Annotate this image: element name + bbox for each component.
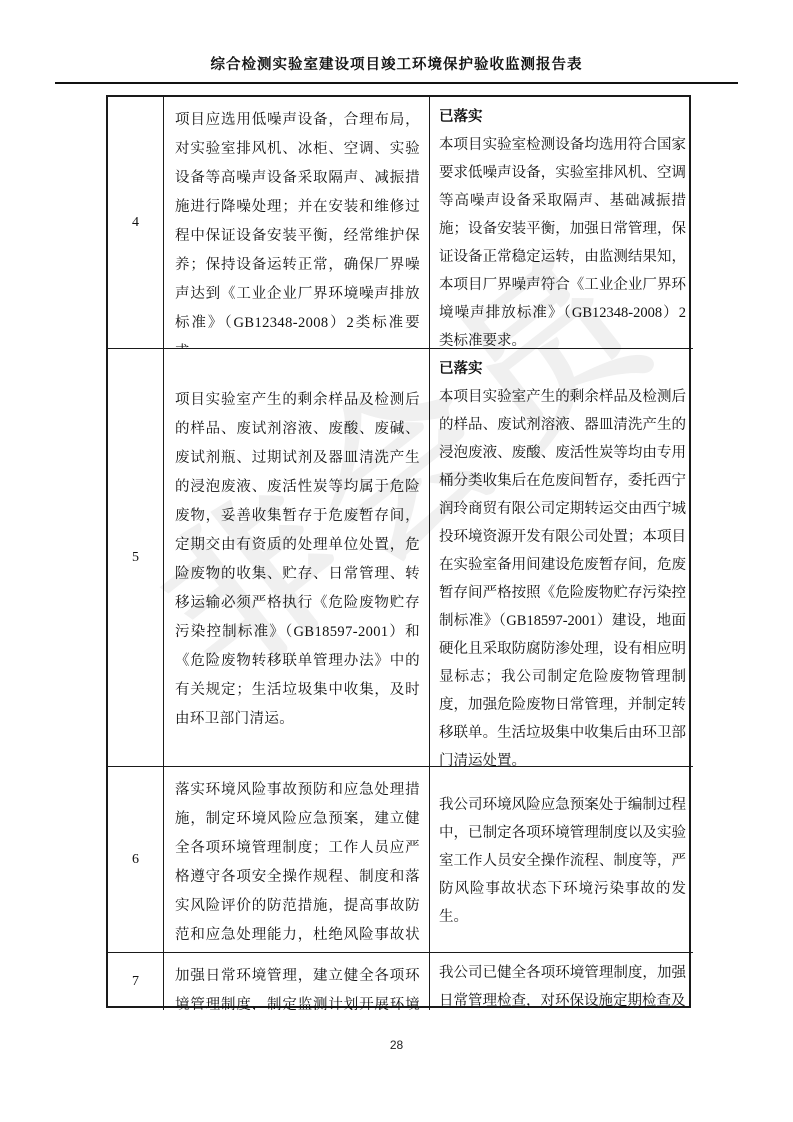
implementation-cell: 已落实 本项目实验室产生的剩余样品及检测后的样品、废试剂溶液、器皿清洗产生的浸泡… bbox=[430, 349, 693, 767]
row-number: 5 bbox=[108, 349, 164, 767]
requirement-cell: 落实环境风险事故预防和应急处理措施，制定环境风险应急预案，建立健全各项环境管理制… bbox=[164, 767, 430, 953]
row-number: 7 bbox=[108, 953, 164, 1010]
acceptance-measures-table: 4 项目应选用低噪声设备，合理布局，对实验室排风机、冰柜、空调、实验设备等高噪声… bbox=[106, 95, 691, 1008]
requirement-text: 项目应选用低噪声设备，合理布局，对实验室排风机、冰柜、空调、实验设备等高噪声设备… bbox=[175, 112, 420, 349]
row-number: 6 bbox=[108, 767, 164, 953]
page-number: 28 bbox=[0, 1038, 793, 1052]
requirement-cell: 加强日常环境管理，建立健全各项环境管理制度，制定监测计划开展环境监测， bbox=[164, 953, 430, 1010]
status-heading: 已落实 bbox=[439, 355, 686, 383]
document-title: 综合检测实验室建设项目竣工环境保护验收监测报告表 bbox=[55, 53, 738, 84]
implementation-text: 本项目实验室检测设备均选用符合国家要求低噪声设备，实验室排风机、空调等高噪声设备… bbox=[439, 131, 686, 349]
requirement-cell: 项目应选用低噪声设备，合理布局，对实验室排风机、冰柜、空调、实验设备等高噪声设备… bbox=[164, 97, 430, 349]
document-page: 非会员 综合检测实验室建设项目竣工环境保护验收监测报告表 4 项目应选用低噪声设… bbox=[0, 0, 793, 1122]
implementation-text: 我公司环境风险应急预案处于编制过程中，已制定各项环境管理制度以及实验室工作人员安… bbox=[439, 791, 686, 931]
implementation-cell: 我公司环境风险应急预案处于编制过程中，已制定各项环境管理制度以及实验室工作人员安… bbox=[430, 767, 693, 953]
implementation-text: 本项目实验室产生的剩余样品及检测后的样品、废试剂溶液、器皿清洗产生的浸泡废液、废… bbox=[439, 383, 686, 767]
row-number: 4 bbox=[108, 97, 164, 349]
implementation-cell: 已落实 本项目实验室检测设备均选用符合国家要求低噪声设备，实验室排风机、空调等高… bbox=[430, 97, 693, 349]
requirement-cell: 项目实验室产生的剩余样品及检测后的样品、废试剂溶液、废酸、废碱、废试剂瓶、过期试… bbox=[164, 349, 430, 767]
requirement-text: 加强日常环境管理，建立健全各项环境管理制度，制定监测计划开展环境监测， bbox=[175, 968, 420, 1010]
requirement-text: 落实环境风险事故预防和应急处理措施，制定环境风险应急预案，建立健全各项环境管理制… bbox=[175, 782, 420, 953]
implementation-text: 我公司已健全各项环境管理制度，加强日常管理检查，对环保设施定期检查及 bbox=[439, 959, 686, 1010]
status-heading: 已落实 bbox=[439, 103, 686, 131]
implementation-cell: 我公司已健全各项环境管理制度，加强日常管理检查，对环保设施定期检查及 bbox=[430, 953, 693, 1010]
requirement-text: 项目实验室产生的剩余样品及检测后的样品、废试剂溶液、废酸、废碱、废试剂瓶、过期试… bbox=[175, 386, 420, 734]
